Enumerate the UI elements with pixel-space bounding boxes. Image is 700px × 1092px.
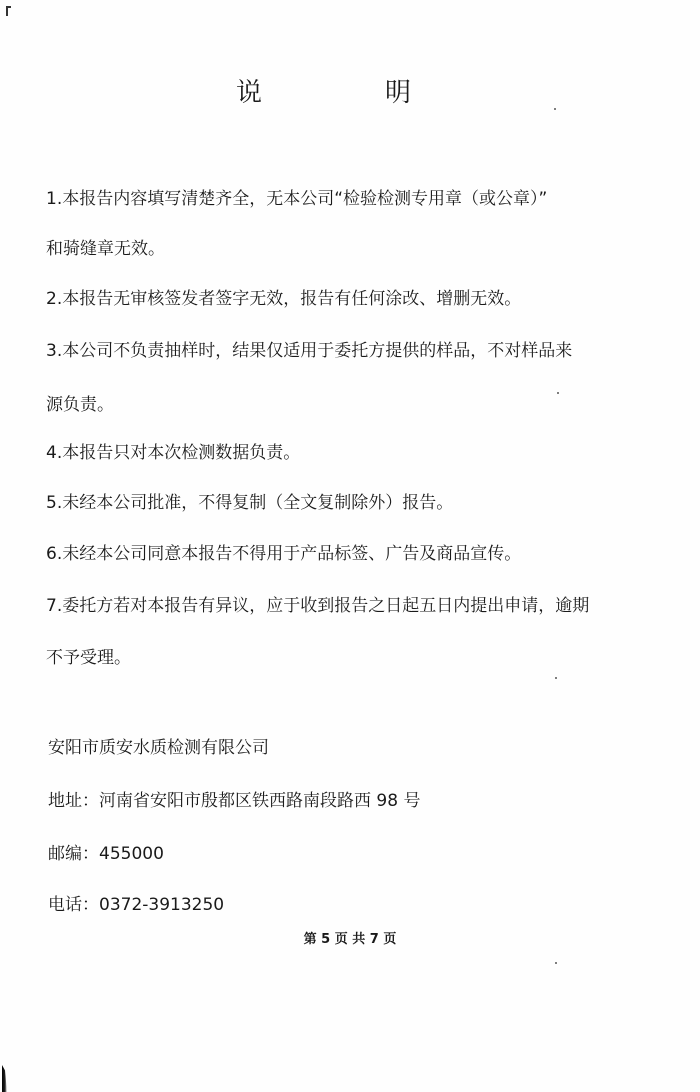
- company-phone: 电话：0372-3913250: [48, 894, 224, 916]
- scan-speck: [554, 108, 556, 110]
- company-name: 安阳市质安水质检测有限公司: [48, 737, 269, 759]
- clause-2-line-1: 2.本报告无审核签发者签字无效，报告有任何涂改、增删无效。: [46, 288, 521, 310]
- scan-edge-mark: [2, 1065, 7, 1092]
- clause-5-line-1: 5.未经本公司批准，不得复制（全文复制除外）报告。: [46, 492, 453, 514]
- clause-1-line-2: 和骑缝章无效。: [46, 238, 165, 260]
- title-char: 明: [385, 72, 411, 109]
- scan-speck: [555, 677, 557, 679]
- scan-speck: [555, 962, 557, 964]
- clause-1-line-1: 1.本报告内容填写清楚齐全，无本公司“检验检测专用章（或公章）”: [46, 188, 547, 210]
- clause-4-line-1: 4.本报告只对本次检测数据负责。: [46, 442, 300, 464]
- company-address: 地址：河南省安阳市殷都区铁西路南段路西 98 号: [48, 790, 420, 812]
- company-postcode: 邮编：455000: [48, 843, 164, 865]
- clause-6-line-1: 6.未经本公司同意本报告不得用于产品标签、广告及商品宣传。: [46, 543, 521, 565]
- clause-3-line-1: 3.本公司不负责抽样时，结果仅适用于委托方提供的样品，不对样品来: [46, 340, 572, 362]
- page-number: 第 5 页 共 7 页: [0, 928, 700, 947]
- clause-7-line-1: 7.委托方若对本报告有异议，应于收到报告之日起五日内提出申请，逾期: [46, 595, 589, 617]
- clause-3-line-2: 源负责。: [46, 394, 114, 416]
- clause-7-line-2: 不予受理。: [46, 647, 131, 669]
- title-char: 说: [236, 72, 262, 109]
- scan-speck: [557, 392, 559, 394]
- document-page: 说 明 1.本报告内容填写清楚齐全，无本公司“检验检测专用章（或公章）” 和骑缝…: [0, 0, 700, 1092]
- scan-corner-mark: [6, 6, 8, 16]
